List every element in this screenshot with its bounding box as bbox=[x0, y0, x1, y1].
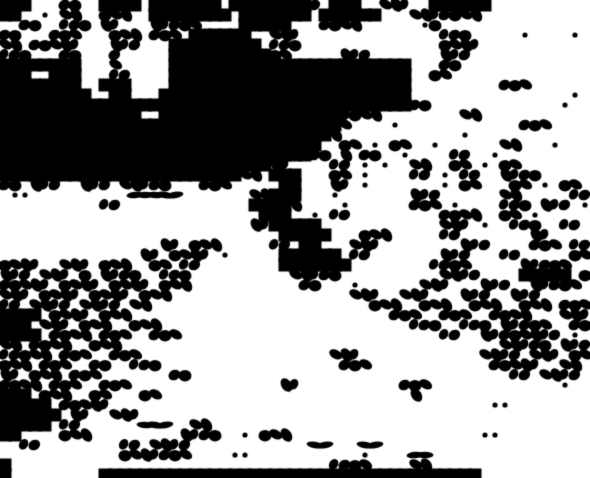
dalmatian-illusion-figure bbox=[0, 0, 590, 478]
dalmatian-illusion-bitmap bbox=[0, 0, 590, 478]
